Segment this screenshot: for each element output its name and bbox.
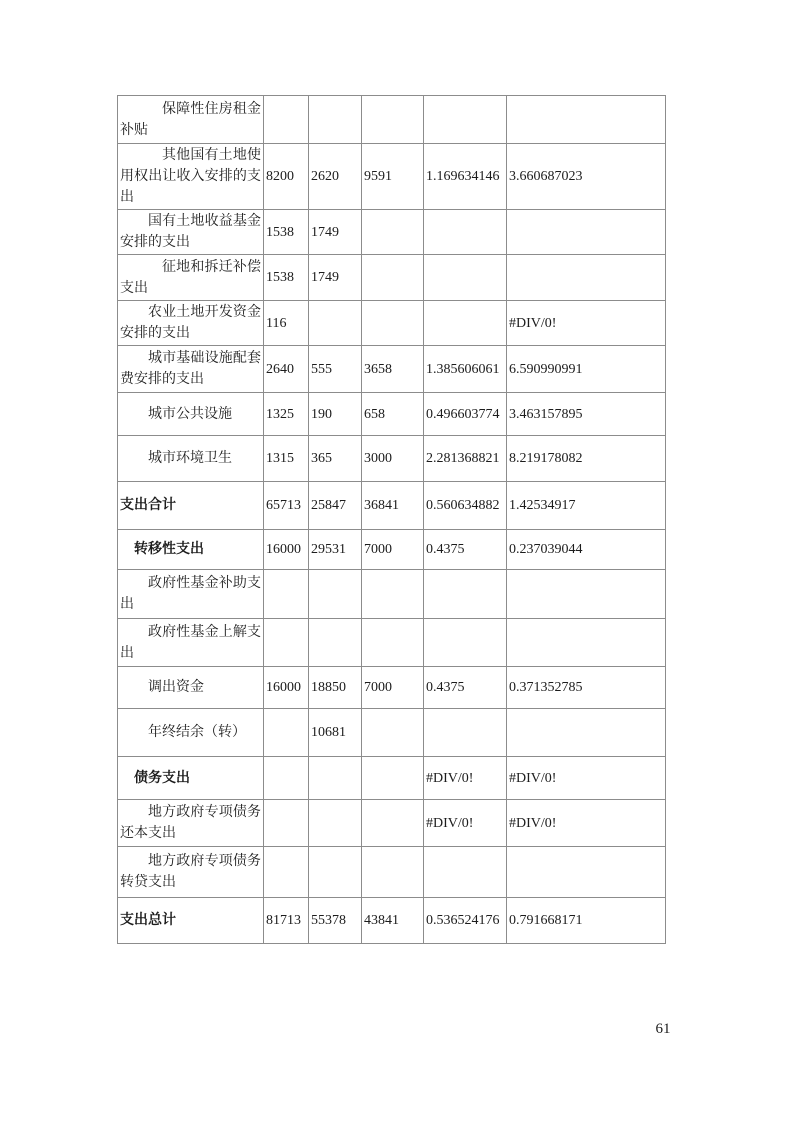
cell-value bbox=[362, 847, 424, 898]
cell-value: 0.536524176 bbox=[424, 898, 507, 944]
cell-value bbox=[362, 709, 424, 757]
table-row: 其他国有土地使用权出让收入安排的支出8200262095911.16963414… bbox=[118, 144, 666, 210]
cell-value: 10681 bbox=[309, 709, 362, 757]
cell-value bbox=[309, 847, 362, 898]
cell-value bbox=[507, 847, 666, 898]
row-label: 转移性支出 bbox=[118, 530, 264, 570]
cell-value bbox=[309, 757, 362, 800]
cell-value bbox=[264, 800, 309, 847]
cell-value bbox=[264, 757, 309, 800]
cell-value bbox=[362, 255, 424, 301]
cell-value bbox=[309, 619, 362, 667]
row-label: 支出总计 bbox=[118, 898, 264, 944]
row-label: 城市环境卫生 bbox=[118, 436, 264, 482]
table-row: 农业土地开发资金安排的支出116#DIV/0! bbox=[118, 301, 666, 346]
cell-value: #DIV/0! bbox=[507, 301, 666, 346]
row-label: 调出资金 bbox=[118, 667, 264, 709]
cell-value bbox=[424, 619, 507, 667]
table-row: 城市基础设施配套费安排的支出264055536581.3856060616.59… bbox=[118, 346, 666, 393]
cell-value bbox=[507, 619, 666, 667]
table-row: 地方政府专项债务还本支出#DIV/0!#DIV/0! bbox=[118, 800, 666, 847]
cell-value: 6.590990991 bbox=[507, 346, 666, 393]
cell-value: #DIV/0! bbox=[507, 757, 666, 800]
cell-value: 0.371352785 bbox=[507, 667, 666, 709]
cell-value: #DIV/0! bbox=[424, 800, 507, 847]
cell-value bbox=[264, 570, 309, 619]
cell-value bbox=[424, 210, 507, 255]
document-page: 保障性住房租金补贴其他国有土地使用权出让收入安排的支出8200262095911… bbox=[0, 0, 793, 1122]
row-label: 国有土地收益基金安排的支出 bbox=[118, 210, 264, 255]
table-row: 政府性基金上解支出 bbox=[118, 619, 666, 667]
cell-value: 1315 bbox=[264, 436, 309, 482]
table-row: 国有土地收益基金安排的支出15381749 bbox=[118, 210, 666, 255]
row-label: 征地和拆迁补偿支出 bbox=[118, 255, 264, 301]
table-row: 城市环境卫生131536530002.2813688218.219178082 bbox=[118, 436, 666, 482]
cell-value bbox=[507, 570, 666, 619]
cell-value bbox=[264, 619, 309, 667]
cell-value: 8200 bbox=[264, 144, 309, 210]
cell-value bbox=[264, 96, 309, 144]
cell-value bbox=[424, 96, 507, 144]
cell-value: 1325 bbox=[264, 393, 309, 436]
cell-value: 3.463157895 bbox=[507, 393, 666, 436]
cell-value: 658 bbox=[362, 393, 424, 436]
cell-value: 0.560634882 bbox=[424, 482, 507, 530]
row-label: 政府性基金上解支出 bbox=[118, 619, 264, 667]
cell-value bbox=[362, 570, 424, 619]
row-label: 保障性住房租金补贴 bbox=[118, 96, 264, 144]
page-number: 61 bbox=[648, 1020, 678, 1038]
cell-value: 65713 bbox=[264, 482, 309, 530]
cell-value bbox=[507, 210, 666, 255]
table-row: 地方政府专项债务转贷支出 bbox=[118, 847, 666, 898]
cell-value bbox=[362, 800, 424, 847]
cell-value bbox=[264, 709, 309, 757]
cell-value: #DIV/0! bbox=[424, 757, 507, 800]
cell-value: 365 bbox=[309, 436, 362, 482]
cell-value: 0.791668171 bbox=[507, 898, 666, 944]
row-label: 政府性基金补助支出 bbox=[118, 570, 264, 619]
cell-value: 190 bbox=[309, 393, 362, 436]
row-label: 地方政府专项债务还本支出 bbox=[118, 800, 264, 847]
cell-value: 7000 bbox=[362, 667, 424, 709]
cell-value: 29531 bbox=[309, 530, 362, 570]
table-row: 债务支出#DIV/0!#DIV/0! bbox=[118, 757, 666, 800]
cell-value bbox=[424, 709, 507, 757]
cell-value: 8.219178082 bbox=[507, 436, 666, 482]
cell-value: 555 bbox=[309, 346, 362, 393]
table-row: 支出合计6571325847368410.5606348821.42534917 bbox=[118, 482, 666, 530]
table-row: 年终结余（转）10681 bbox=[118, 709, 666, 757]
cell-value: 1.42534917 bbox=[507, 482, 666, 530]
cell-value bbox=[362, 301, 424, 346]
cell-value bbox=[264, 847, 309, 898]
cell-value: 2.281368821 bbox=[424, 436, 507, 482]
budget-table: 保障性住房租金补贴其他国有土地使用权出让收入安排的支出8200262095911… bbox=[117, 95, 666, 944]
cell-value: 3000 bbox=[362, 436, 424, 482]
cell-value bbox=[362, 210, 424, 255]
cell-value bbox=[309, 301, 362, 346]
cell-value: 9591 bbox=[362, 144, 424, 210]
cell-value bbox=[309, 570, 362, 619]
budget-table-body: 保障性住房租金补贴其他国有土地使用权出让收入安排的支出8200262095911… bbox=[118, 96, 666, 944]
cell-value: 1.385606061 bbox=[424, 346, 507, 393]
row-label: 债务支出 bbox=[118, 757, 264, 800]
cell-value: 55378 bbox=[309, 898, 362, 944]
table-row: 调出资金160001885070000.43750.371352785 bbox=[118, 667, 666, 709]
cell-value: 16000 bbox=[264, 667, 309, 709]
cell-value: 1538 bbox=[264, 255, 309, 301]
row-label: 年终结余（转） bbox=[118, 709, 264, 757]
cell-value: 1.169634146 bbox=[424, 144, 507, 210]
cell-value: 18850 bbox=[309, 667, 362, 709]
cell-value: 43841 bbox=[362, 898, 424, 944]
cell-value: 0.496603774 bbox=[424, 393, 507, 436]
cell-value: 2640 bbox=[264, 346, 309, 393]
table-row: 城市公共设施13251906580.4966037743.463157895 bbox=[118, 393, 666, 436]
table-row: 政府性基金补助支出 bbox=[118, 570, 666, 619]
row-label: 农业土地开发资金安排的支出 bbox=[118, 301, 264, 346]
cell-value: 36841 bbox=[362, 482, 424, 530]
cell-value: 0.237039044 bbox=[507, 530, 666, 570]
cell-value bbox=[424, 847, 507, 898]
row-label: 城市公共设施 bbox=[118, 393, 264, 436]
cell-value: 0.4375 bbox=[424, 667, 507, 709]
cell-value bbox=[507, 96, 666, 144]
cell-value: 3.660687023 bbox=[507, 144, 666, 210]
cell-value: 7000 bbox=[362, 530, 424, 570]
cell-value bbox=[362, 96, 424, 144]
cell-value: 3658 bbox=[362, 346, 424, 393]
cell-value: 2620 bbox=[309, 144, 362, 210]
table-row: 征地和拆迁补偿支出15381749 bbox=[118, 255, 666, 301]
table-row: 转移性支出160002953170000.43750.237039044 bbox=[118, 530, 666, 570]
row-label: 支出合计 bbox=[118, 482, 264, 530]
cell-value bbox=[507, 709, 666, 757]
cell-value bbox=[362, 757, 424, 800]
cell-value bbox=[424, 570, 507, 619]
cell-value: 25847 bbox=[309, 482, 362, 530]
table-row: 支出总计8171355378438410.5365241760.79166817… bbox=[118, 898, 666, 944]
table-row: 保障性住房租金补贴 bbox=[118, 96, 666, 144]
cell-value bbox=[424, 255, 507, 301]
cell-value bbox=[507, 255, 666, 301]
cell-value: 1749 bbox=[309, 255, 362, 301]
row-label: 其他国有土地使用权出让收入安排的支出 bbox=[118, 144, 264, 210]
cell-value: 0.4375 bbox=[424, 530, 507, 570]
cell-value: 1749 bbox=[309, 210, 362, 255]
row-label: 地方政府专项债务转贷支出 bbox=[118, 847, 264, 898]
cell-value: 81713 bbox=[264, 898, 309, 944]
cell-value: 116 bbox=[264, 301, 309, 346]
cell-value: 16000 bbox=[264, 530, 309, 570]
cell-value bbox=[424, 301, 507, 346]
cell-value bbox=[362, 619, 424, 667]
cell-value bbox=[309, 800, 362, 847]
cell-value: 1538 bbox=[264, 210, 309, 255]
cell-value bbox=[309, 96, 362, 144]
row-label: 城市基础设施配套费安排的支出 bbox=[118, 346, 264, 393]
cell-value: #DIV/0! bbox=[507, 800, 666, 847]
